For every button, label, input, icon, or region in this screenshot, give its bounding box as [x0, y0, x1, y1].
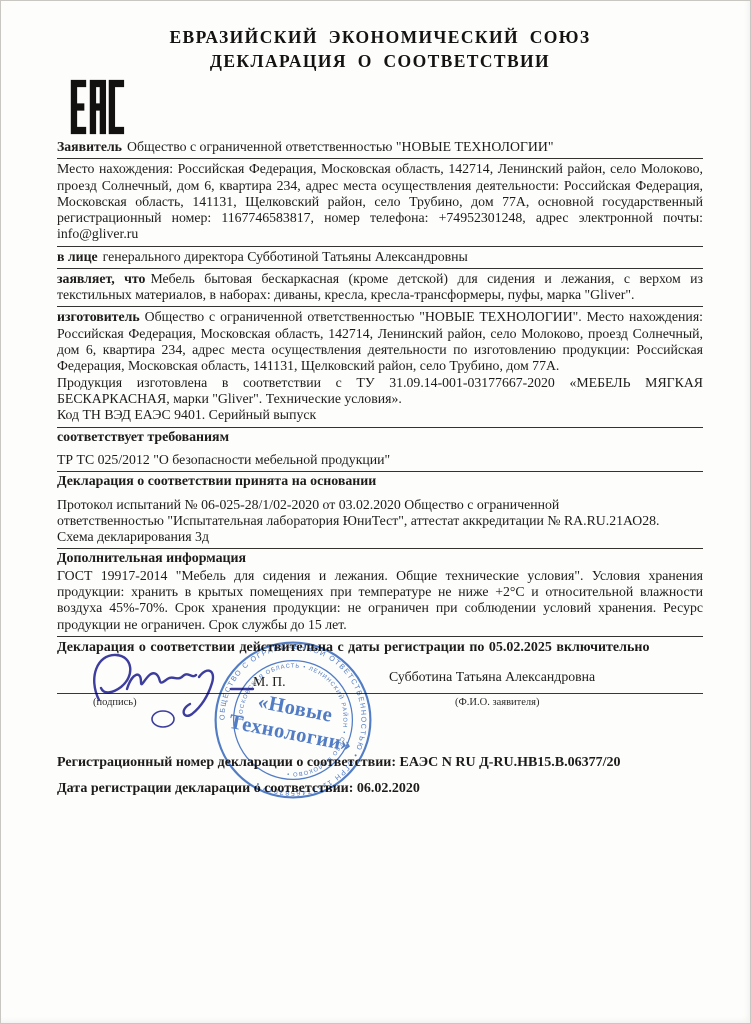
location-paragraph: Место нахождения: Российская Федерация, …	[57, 161, 703, 242]
basis-line: Схема декларирования 3д	[57, 529, 703, 545]
signer-name: Субботина Татьяна Александровна	[389, 669, 595, 685]
basis-line: ответственностью "Испытательная лаборато…	[57, 513, 703, 529]
document-content: ЕВРАЗИЙСКИЙ ЭКОНОМИЧЕСКИЙ СОЮЗ ДЕКЛАРАЦИ…	[57, 0, 703, 797]
additional-info-text: ГОСТ 19917-2014 "Мебель для сидения и ле…	[57, 568, 703, 633]
representative-value: генерального директора Субботиной Татьян…	[103, 249, 468, 264]
declaration-document: ЕВРАЗИЙСКИЙ ЭКОНОМИЧЕСКИЙ СОЮЗ ДЕКЛАРАЦИ…	[0, 0, 751, 1024]
basis-line: Протокол испытаний № 06-025-28/1/02-2020…	[57, 497, 703, 513]
section-divider	[57, 158, 703, 159]
registration-date-line: Дата регистрации декларации о соответств…	[57, 780, 703, 797]
eac-mark-icon	[69, 79, 125, 135]
registration-number-line: Регистрационный номер декларации о соотв…	[57, 754, 703, 771]
signature-block: М. П. Субботина Татьяна Александровна (п…	[57, 656, 703, 748]
requirements-text: ТР ТС 025/2012 "О безопасности мебельной…	[57, 452, 703, 468]
additional-info-heading: Дополнительная информация	[57, 551, 703, 568]
section-divider	[57, 427, 703, 428]
production-paragraph: Продукция изготовлена в соответствии с Т…	[57, 375, 703, 408]
section-divider	[57, 306, 703, 307]
signature-image	[83, 644, 273, 736]
signer-name-caption: (Ф.И.О. заявителя)	[455, 697, 540, 708]
section-divider	[57, 268, 703, 269]
applicant-label: Заявитель	[57, 139, 122, 154]
tnved-code-line: Код ТН ВЭД ЕАЭС 9401. Серийный выпуск	[57, 407, 703, 423]
section-divider	[57, 471, 703, 472]
declares-label: заявляет, что	[57, 271, 145, 286]
section-divider	[57, 636, 703, 637]
document-title-line1: ЕВРАЗИЙСКИЙ ЭКОНОМИЧЕСКИЙ СОЮЗ	[57, 27, 703, 48]
document-title-line2: ДЕКЛАРАЦИЯ О СООТВЕТСТВИИ	[57, 51, 703, 72]
applicant-value: Общество с ограниченной ответственностью…	[127, 139, 553, 154]
representative-row: в лицегенерального директора Субботиной …	[57, 249, 703, 265]
applicant-row: ЗаявительОбщество с ограниченной ответст…	[57, 139, 703, 155]
signature-caption: (подпись)	[93, 697, 137, 708]
section-divider	[57, 246, 703, 247]
declares-value: Мебель бытовая бескаркасная (кроме детск…	[57, 271, 703, 302]
representative-label: в лице	[57, 249, 98, 264]
manufacturer-value: Общество с ограниченной ответственностью…	[57, 309, 703, 373]
basis-heading: Декларация о соответствии принята на осн…	[57, 474, 703, 491]
declares-paragraph: заявляет, чтоМебель бытовая бескаркасная…	[57, 271, 703, 304]
section-divider	[57, 548, 703, 549]
requirements-heading: соответствует требованиям	[57, 430, 703, 447]
manufacturer-paragraph: изготовительОбщество с ограниченной отве…	[57, 309, 703, 374]
stamp-place-label: М. П.	[253, 674, 286, 690]
manufacturer-label: изготовитель	[57, 309, 140, 324]
